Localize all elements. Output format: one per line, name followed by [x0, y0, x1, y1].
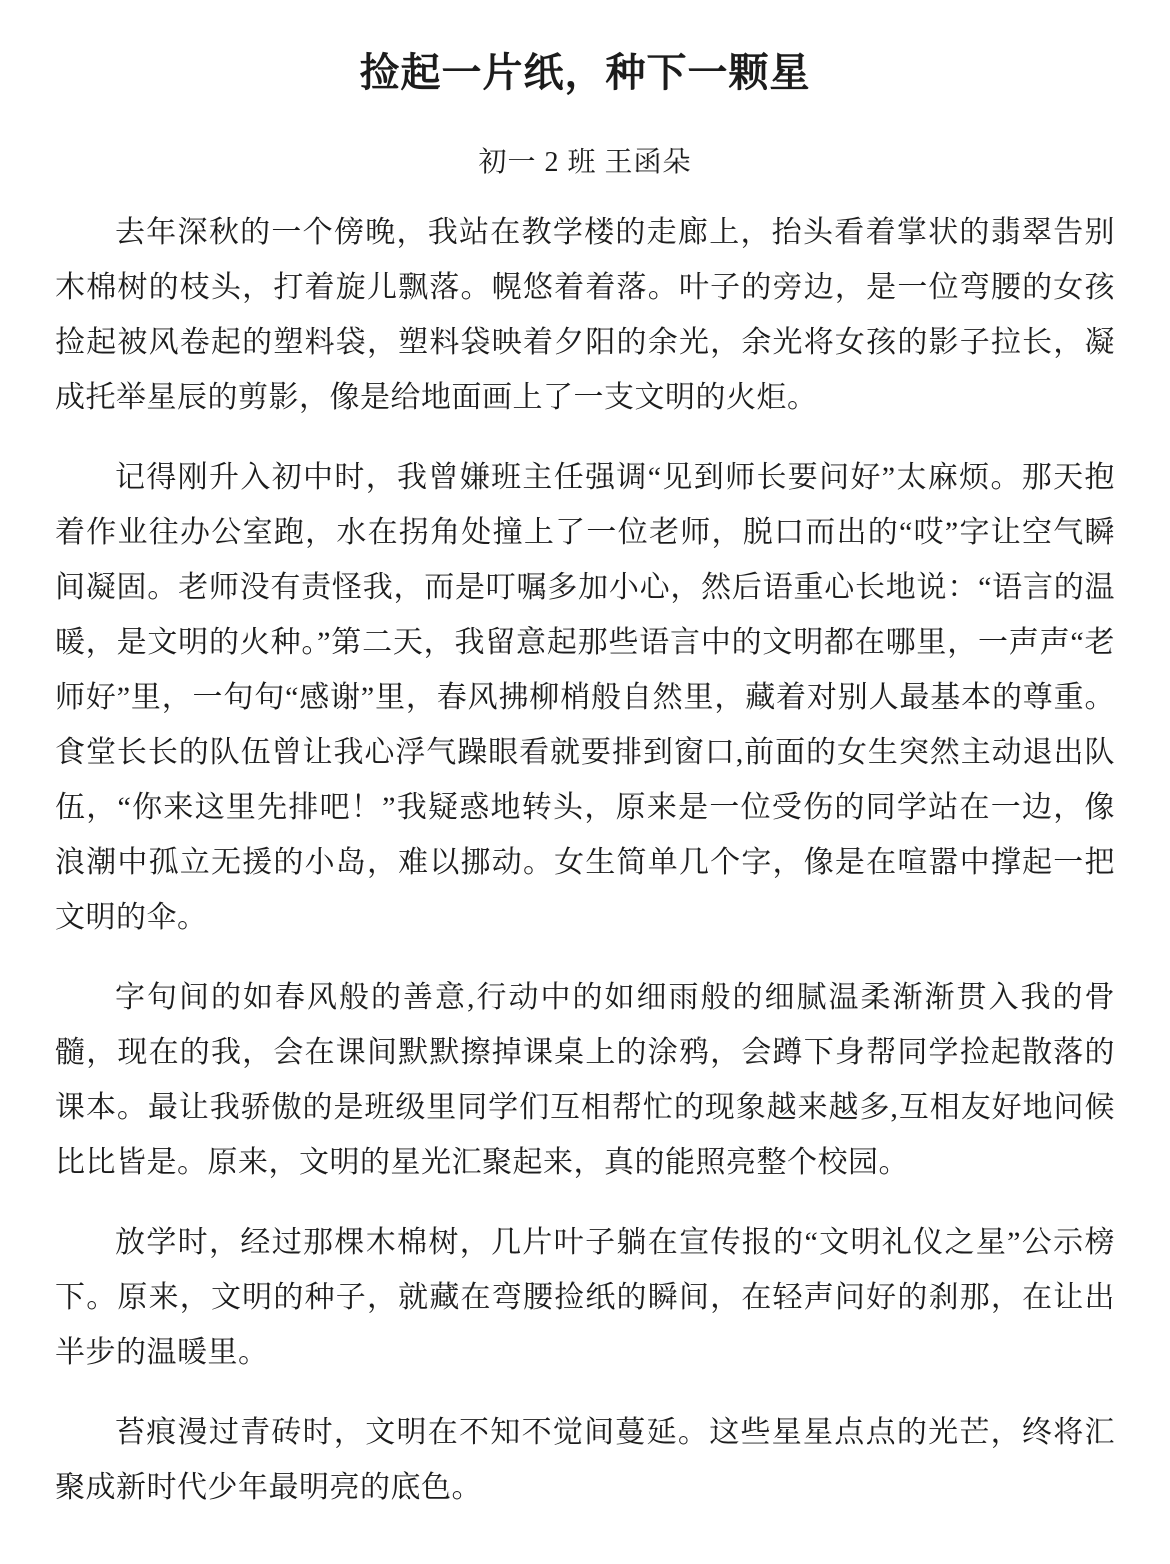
paragraph: 苔痕漫过青砖时，文明在不知不觉间蔓延。这些星星点点的光芒，终将汇聚成新时代少年最…: [55, 1405, 1115, 1515]
paragraph: 字句间的如春风般的善意,行动中的如细雨般的细腻温柔渐渐贯入我的骨髓，现在的我，会…: [55, 970, 1115, 1190]
paragraph: 去年深秋的一个傍晚，我站在教学楼的走廊上，抬头看着掌状的翡翠告别木棉树的枝头，打…: [55, 205, 1115, 425]
essay-body: 去年深秋的一个傍晚，我站在教学楼的走廊上，抬头看着掌状的翡翠告别木棉树的枝头，打…: [55, 205, 1115, 1515]
document-page: 捡起一片纸，种下一颗星 初一 2 班 王函朵 去年深秋的一个傍晚，我站在教学楼的…: [0, 0, 1170, 1564]
paragraph: 记得刚升入初中时，我曾嫌班主任强调“见到师长要问好”太麻烦。那天抱着作业往办公室…: [55, 450, 1115, 945]
author-byline: 初一 2 班 王函朵: [55, 146, 1115, 180]
paragraph: 放学时，经过那棵木棉树，几片叶子躺在宣传报的“文明礼仪之星”公示榜下。原来，文明…: [55, 1215, 1115, 1380]
document-title: 捡起一片纸，种下一颗星: [55, 36, 1115, 98]
